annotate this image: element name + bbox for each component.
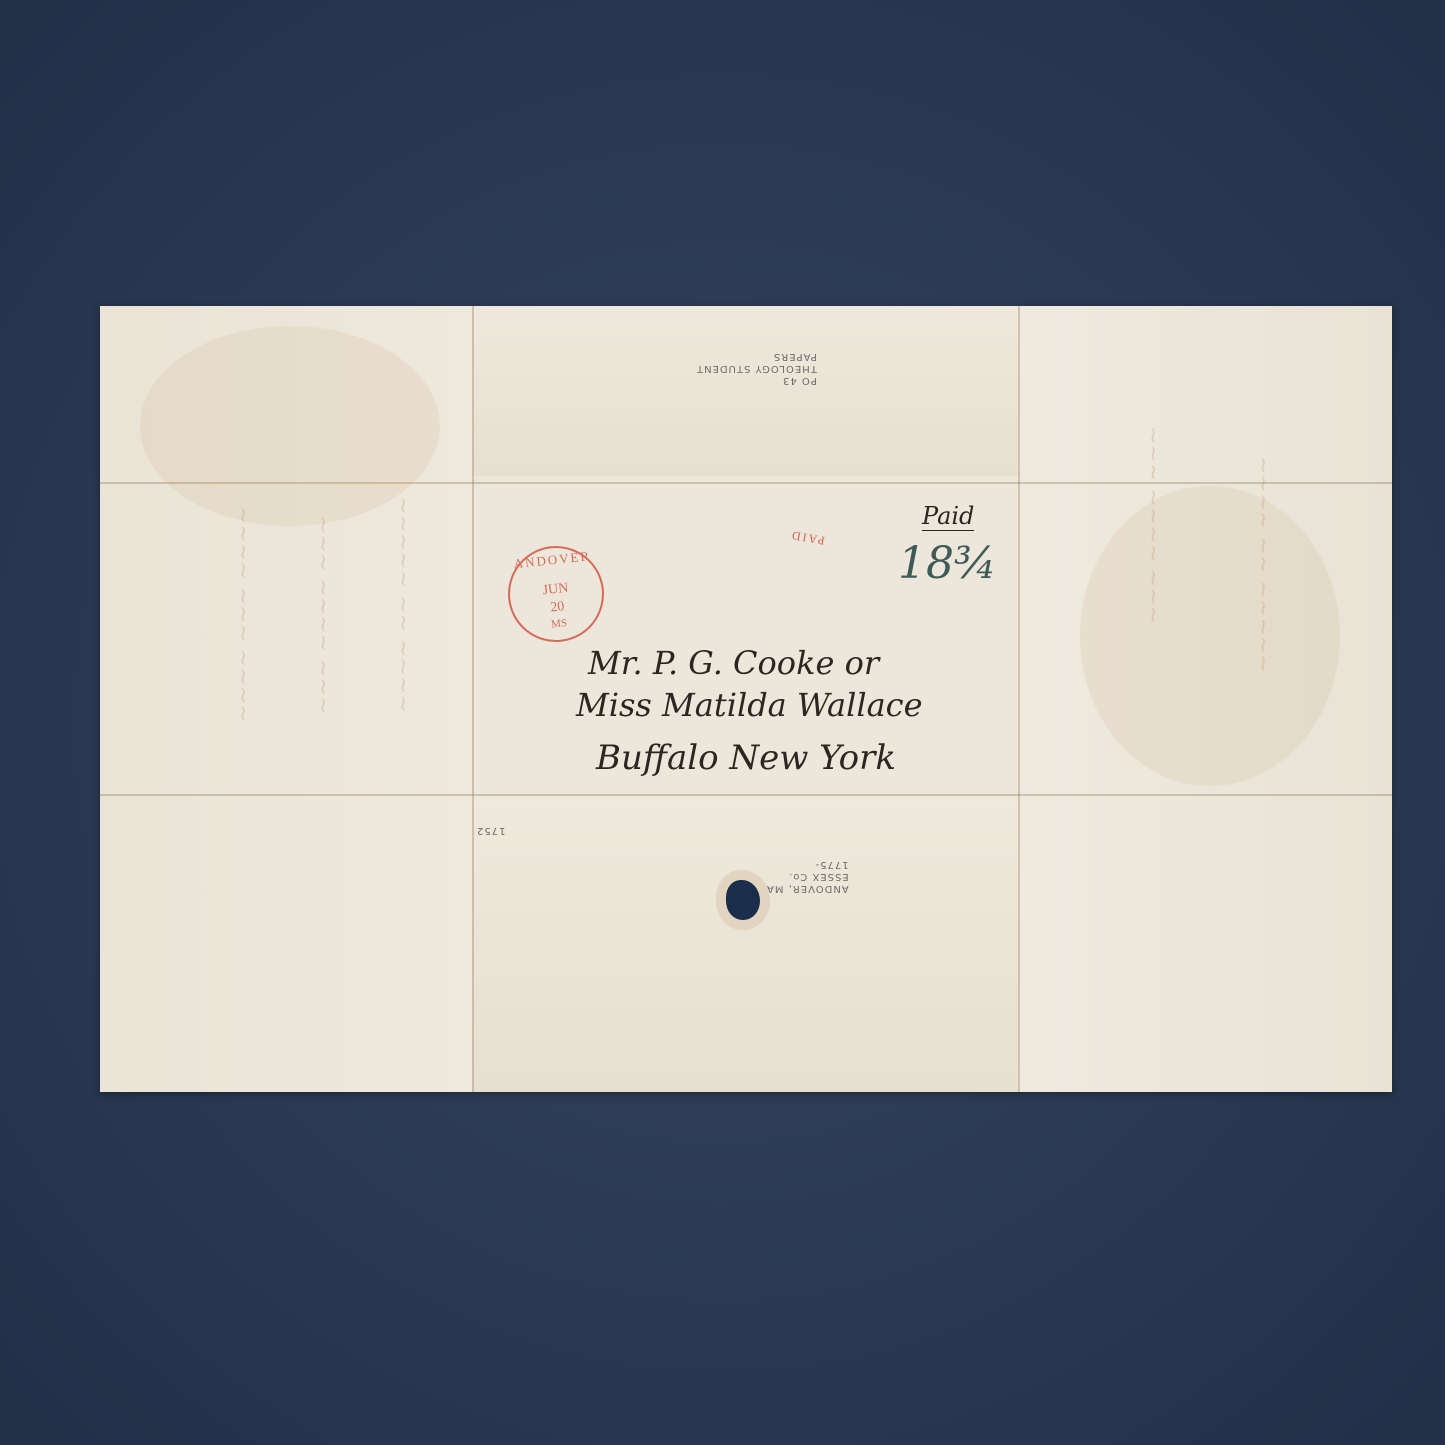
bottom-flap	[472, 796, 1018, 1092]
pencil-note-top: PO 43 THEOLOGY STUDENT PAPERS	[696, 350, 817, 386]
pencil-line: 1775-	[766, 858, 849, 870]
pencil-line: PAPERS	[696, 350, 817, 362]
stain	[1080, 486, 1340, 786]
pencil-note-side: 1752	[476, 824, 505, 836]
address-line-1: Mr. P. G. Cooke or	[588, 644, 879, 682]
top-flap	[472, 306, 1018, 476]
bleed-through-text: ~~~~ ~~~ ~~~~	[230, 506, 255, 723]
address-line-2: Miss Matilda Wallace	[576, 686, 923, 724]
pencil-line: PO 43	[696, 374, 817, 386]
fold-line	[472, 306, 474, 1092]
manuscript-paid: Paid	[922, 502, 974, 531]
bleed-through-text: ~~~~~ ~~ ~~~~	[390, 496, 415, 713]
pencil-line: THEOLOGY STUDENT	[696, 362, 817, 374]
bleed-through-text: ~~~ ~~~~ ~~~	[310, 516, 335, 714]
bleed-through-text: ~~~ ~~~~ ~~~	[1140, 426, 1165, 624]
pencil-line: ANDOVER, MA	[766, 882, 849, 894]
bleed-through-text: ~~~~ ~~ ~~~~~	[1250, 456, 1275, 673]
pencil-note-bottom: ANDOVER, MA ESSEX Co. 1775-	[766, 858, 849, 894]
fold-line	[100, 794, 1392, 796]
wax-seal-hole	[726, 880, 760, 920]
letter-sheet: ~~~~ ~~~ ~~~~ ~~~ ~~~~ ~~~ ~~~~~ ~~ ~~~~…	[100, 306, 1392, 1092]
address-line-3: Buffalo New York	[596, 738, 896, 778]
postage-rate: 18¾	[898, 538, 997, 589]
fold-line	[1018, 306, 1020, 1092]
pencil-line: ESSEX Co.	[766, 870, 849, 882]
